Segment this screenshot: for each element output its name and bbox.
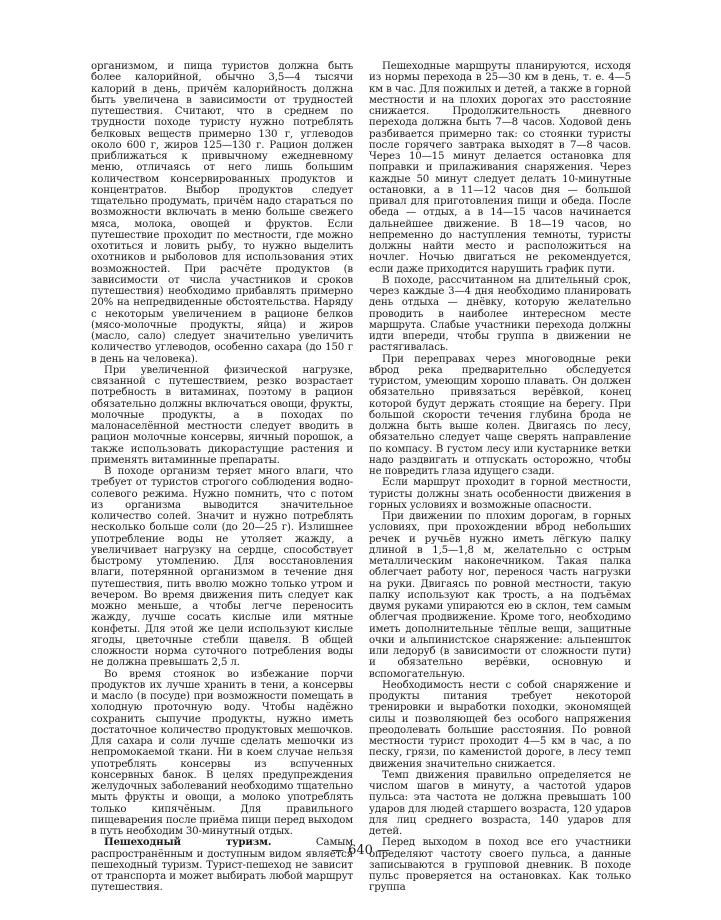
paragraph: При движении по плохим дорогам, в горных…	[369, 511, 631, 680]
paragraph: При увеличенной физической нагрузке, свя…	[91, 365, 353, 466]
paragraph: В походе организм теряет много влаги, чт…	[91, 466, 353, 669]
right-column: Пешеходные маршруты планируются, исходя …	[369, 61, 631, 894]
paragraph: Во время стоянок во избежание порчи прод…	[91, 669, 353, 838]
paragraph: Темп движения правильно определяется не …	[369, 770, 631, 838]
paragraph: При переправах через многоводные реки вб…	[369, 354, 631, 478]
paragraph: организмом, и пища туристов должна быть …	[91, 61, 353, 365]
paragraph: Если маршрут проходит в горной местности…	[369, 477, 631, 511]
page-number: — 640 —	[0, 843, 721, 858]
paragraph: Пешеходные маршруты планируются, исходя …	[369, 61, 631, 275]
paragraph: В походе, рассчитанном на длительный сро…	[369, 275, 631, 354]
paragraph: Необходимость нести с собой снаряжение и…	[369, 680, 631, 770]
left-column: организмом, и пища туристов должна быть …	[91, 61, 353, 894]
